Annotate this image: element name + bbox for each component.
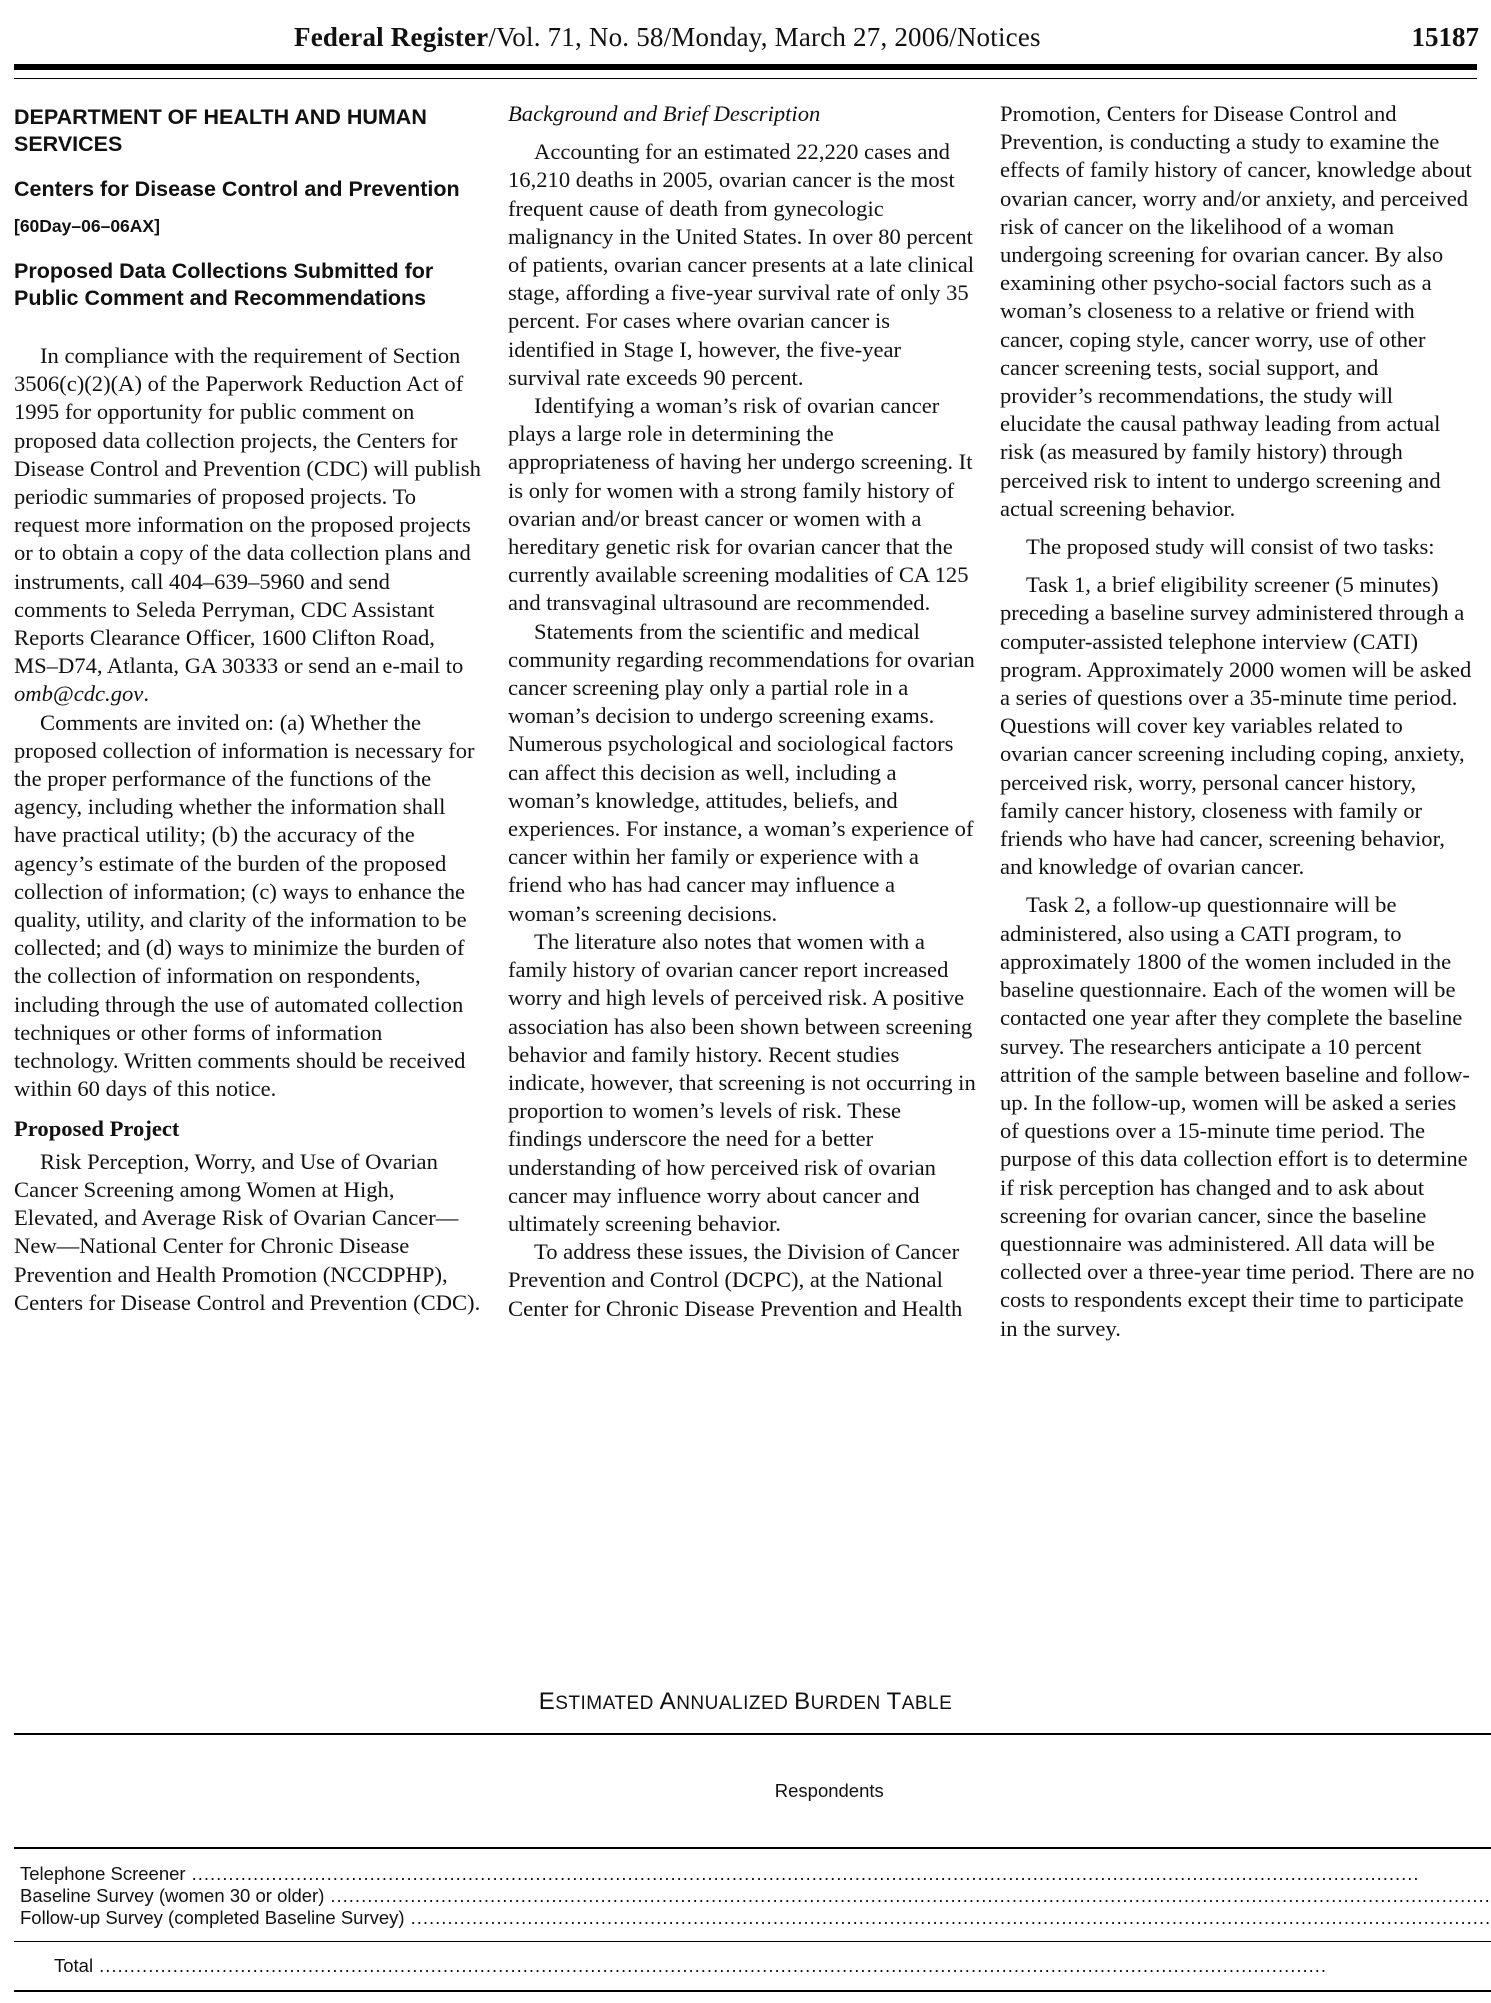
background-paragraph-3: Statements from the scientific and medic… xyxy=(508,618,976,928)
publication-line: Federal Register/Vol. 71, No. 58/Monday,… xyxy=(294,22,1041,53)
dot-leader xyxy=(192,1863,1491,1885)
respondent-type: Follow-up Survey (completed Baseline Sur… xyxy=(20,1907,405,1929)
department-heading: DEPARTMENT OF HEALTH AND HUMAN SERVICES xyxy=(14,104,484,158)
total-label: Total xyxy=(54,1955,93,1977)
docket-number: [60Day–06–06AX] xyxy=(14,213,484,240)
respondent-type: Telephone Screener xyxy=(20,1863,186,1885)
running-header: Federal Register/Vol. 71, No. 58/Monday,… xyxy=(0,0,1491,62)
table-header-row: Respondents No. of Respondents No. of Re… xyxy=(14,1734,1491,1848)
table-row: Follow-up Survey (completed Baseline Sur… xyxy=(14,1907,1491,1942)
background-paragraph-1: Accounting for an estimated 22,220 cases… xyxy=(508,138,976,392)
task-2-paragraph: Task 2, a follow-up questionnaire will b… xyxy=(1000,891,1476,1342)
table-row: Baseline Survey (women 30 or older) 667 … xyxy=(14,1885,1491,1907)
comments-paragraph: Comments are invited on: (a) Whether the… xyxy=(14,709,484,1104)
header-rule-thick xyxy=(14,64,1477,70)
dot-leader xyxy=(99,1955,1491,1977)
background-heading: Background and Brief Description xyxy=(508,100,976,128)
email-link[interactable]: omb@cdc.gov xyxy=(14,681,143,706)
burden-table: Respondents No. of Respondents No. of Re… xyxy=(14,1733,1491,1992)
agency-heading: Centers for Disease Control and Preventi… xyxy=(14,176,484,203)
proposed-project-heading: Proposed Project xyxy=(14,1115,484,1143)
study-paragraph-continued: Promotion, Centers for Disease Control a… xyxy=(1000,100,1476,523)
table-total-row: Total ........................ .........… xyxy=(14,1942,1491,1992)
task-1-paragraph: Task 1, a brief eligibility screener (5 … xyxy=(1000,571,1476,881)
compliance-paragraph: In compliance with the requirement of Se… xyxy=(14,342,484,709)
project-title-paragraph: Risk Perception, Worry, and Use of Ovari… xyxy=(14,1148,484,1317)
publication-name: Federal Register xyxy=(294,22,488,52)
notice-title: Proposed Data Collections Submitted for … xyxy=(14,258,484,312)
column-1: DEPARTMENT OF HEALTH AND HUMAN SERVICES … xyxy=(14,100,484,1317)
burden-table-title: ESTIMATED ANNUALIZED BURDEN TABLE xyxy=(0,1688,1491,1716)
column-2: Background and Brief Description Account… xyxy=(508,100,976,1323)
tasks-intro-paragraph: The proposed study will consist of two t… xyxy=(1000,533,1476,561)
dot-leader xyxy=(411,1907,1491,1929)
respondent-type: Baseline Survey (women 30 or older) xyxy=(20,1885,324,1907)
page-number: 15187 xyxy=(1412,22,1480,53)
dot-leader xyxy=(330,1885,1491,1907)
background-paragraph-2: Identifying a woman’s risk of ovarian ca… xyxy=(508,392,976,618)
background-paragraph-4: The literature also notes that women wit… xyxy=(508,928,976,1238)
column-3: Promotion, Centers for Disease Control a… xyxy=(1000,100,1476,1343)
col-header-respondents: Respondents xyxy=(14,1734,1491,1848)
background-paragraph-5: To address these issues, the Division of… xyxy=(508,1238,976,1323)
table-row: Telephone Screener 10667 1 5/60 889 xyxy=(14,1848,1491,1885)
issue-info: /Vol. 71, No. 58/Monday, March 27, 2006/… xyxy=(488,22,1040,52)
header-rule-thin xyxy=(14,78,1477,79)
